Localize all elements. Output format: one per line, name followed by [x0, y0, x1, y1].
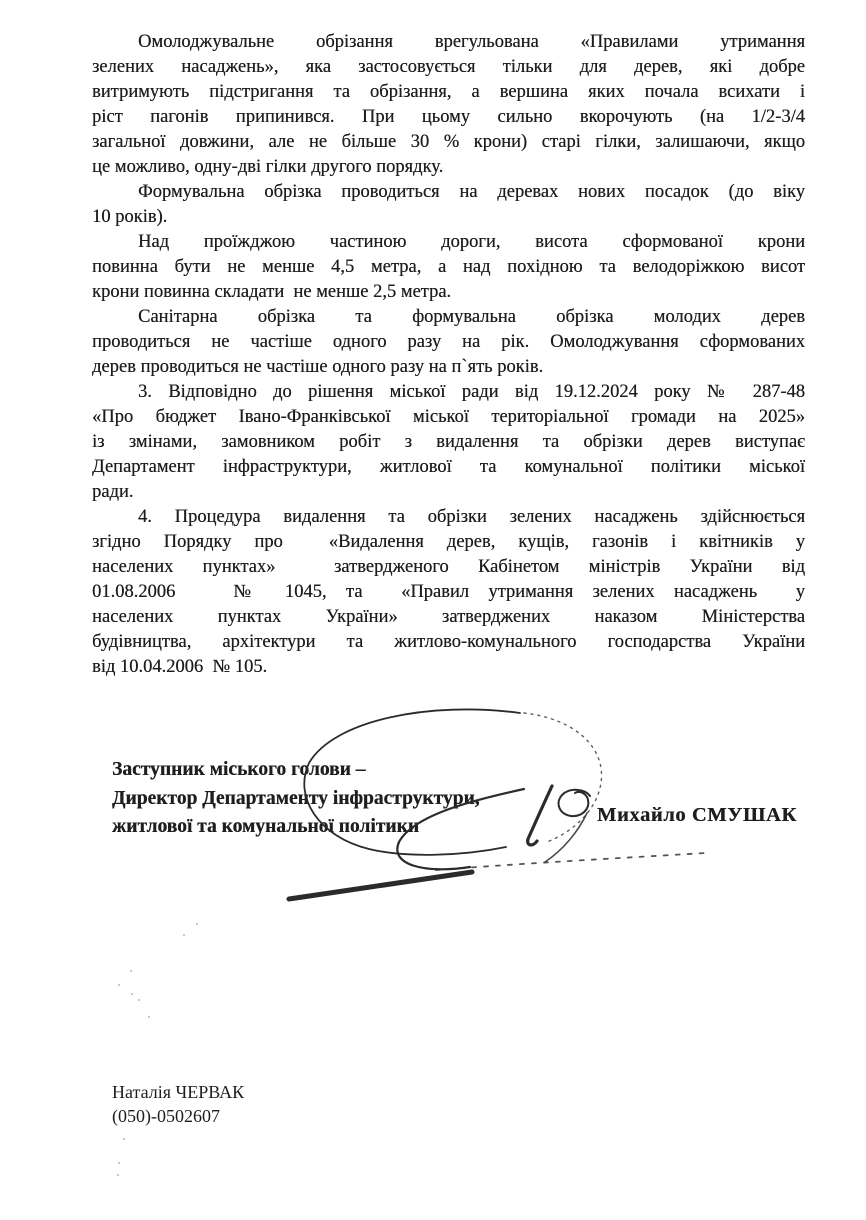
paragraph-line: дерев проводиться не частіше одного разу… — [92, 355, 805, 380]
paragraph: 3. Відповідно до рішення міської ради ві… — [92, 380, 805, 505]
handwritten-signature — [250, 685, 830, 920]
paragraph-line: загальної довжини, але не більше 30 % кр… — [92, 130, 805, 155]
paragraph-line: населених пунктах України» затверджених … — [92, 605, 805, 630]
paragraph-line: Омолоджувальне обрізання врегульована «П… — [92, 30, 805, 55]
scan-noise-dot — [123, 1138, 125, 1140]
paragraph-line: будівництва, архітектури та житлово-кому… — [92, 630, 805, 655]
paragraph-line: згідно Порядку про «Видалення дерев, кущ… — [92, 530, 805, 555]
scan-noise-dot — [138, 999, 140, 1001]
paragraph-line: від 10.04.2006 № 105. — [92, 655, 805, 680]
paragraph: Над проїжджою частиною дороги, висота сф… — [92, 230, 805, 305]
paragraph-line: ріст пагонів припинився. При цьому сильн… — [92, 105, 805, 130]
scan-noise-dot — [118, 984, 120, 986]
signature-slash-stroke — [528, 786, 552, 845]
scan-noise-dot — [183, 934, 185, 936]
scan-noise-dot — [118, 1162, 120, 1164]
scan-noise-dot — [117, 1174, 119, 1176]
paragraph-line: 4. Процедура видалення та обрізки зелени… — [92, 505, 805, 530]
scan-noise-dot — [131, 993, 133, 995]
signature-loop-stroke — [304, 709, 520, 854]
paragraph: 4. Процедура видалення та обрізки зелени… — [92, 505, 805, 680]
paragraph-line: Формувальна обрізка проводиться на дерев… — [92, 180, 805, 205]
paragraph-line: із змінами, замовником робіт з видалення… — [92, 430, 805, 455]
paragraph-line: проводиться не частіше одного разу на рі… — [92, 330, 805, 355]
paragraph: Санітарна обрізка та формувальна обрізка… — [92, 305, 805, 380]
signature-small-loop-tail — [545, 813, 587, 862]
signature-small-loop-stroke — [559, 790, 590, 816]
paragraph-line: населених пунктах» затвердженого Кабінет… — [92, 555, 805, 580]
signature-underline-stroke — [289, 872, 472, 899]
signature-dotted-underline — [436, 853, 706, 870]
scan-noise-dot — [130, 970, 132, 972]
footer-contact: Наталія ЧЕРВАК (050)-0502607 — [112, 1080, 244, 1128]
paragraph-line: 10 років). — [92, 205, 805, 230]
paragraph-line: ради. — [92, 480, 805, 505]
paragraph-line: «Про бюджет Івано-Франківської міської т… — [92, 405, 805, 430]
paragraph-line: витримують підстригання та обрізання, а … — [92, 80, 805, 105]
paragraph-line: 01.08.2006 № 1045, та «Правил утримання … — [92, 580, 805, 605]
paragraph-line: Санітарна обрізка та формувальна обрізка… — [92, 305, 805, 330]
scan-noise-dot — [196, 923, 198, 925]
signature-curl-stroke — [397, 789, 524, 869]
paragraph-line: крони повинна складати не менше 2,5 метр… — [92, 280, 805, 305]
paragraph: Формувальна обрізка проводиться на дерев… — [92, 180, 805, 230]
paragraph-line: зелених насаджень», яка застосовується т… — [92, 55, 805, 80]
paragraph: Омолоджувальне обрізання врегульована «П… — [92, 30, 805, 180]
document-body: Омолоджувальне обрізання врегульована «П… — [92, 30, 805, 680]
scan-noise-dot — [148, 1016, 150, 1018]
paragraph-line: 3. Відповідно до рішення міської ради ві… — [92, 380, 805, 405]
paragraph-line: це можливо, одну-дві гілки другого поряд… — [92, 155, 805, 180]
paragraph-line: Департамент інфраструктури, житлової та … — [92, 455, 805, 480]
scanned-document-page: Омолоджувальне обрізання врегульована «П… — [0, 0, 866, 1220]
paragraph-line: повинна бути не менше 4,5 метра, а над п… — [92, 255, 805, 280]
contact-phone: (050)-0502607 — [112, 1104, 244, 1128]
paragraph-line: Над проїжджою частиною дороги, висота сф… — [92, 230, 805, 255]
contact-name: Наталія ЧЕРВАК — [112, 1080, 244, 1104]
